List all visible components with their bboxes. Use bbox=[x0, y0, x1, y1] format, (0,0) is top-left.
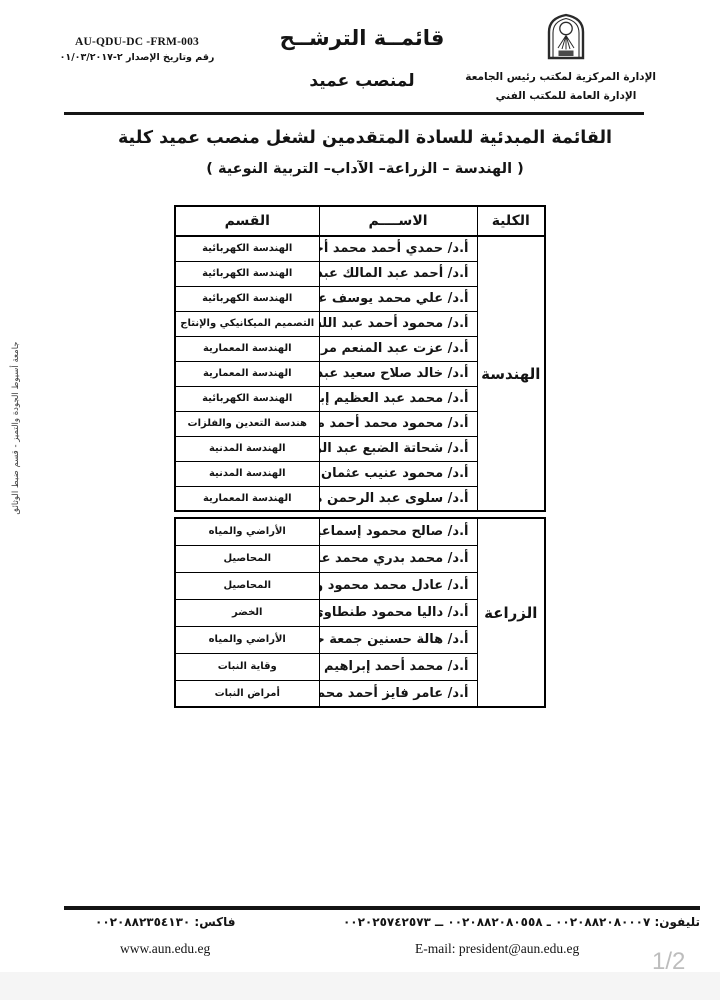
department-header: القسم bbox=[175, 206, 319, 236]
department-cell: الأراضي والمياه bbox=[175, 518, 319, 545]
website-address: www.aun.edu.eg bbox=[120, 941, 210, 957]
department-cell: الهندسة الكهربائية bbox=[175, 236, 319, 261]
candidate-name-cell: أ.د/ محمد أحمد إبراهيم أحمد bbox=[319, 653, 477, 680]
candidate-name-cell: أ.د/ محمد عبد العظيم إبراهيم نايل bbox=[319, 386, 477, 411]
candidate-name-cell: أ.د/ محمود عنيب عثمان عنيب bbox=[319, 461, 477, 486]
form-code: AU-QDU-DC -FRM-003 bbox=[56, 36, 218, 48]
document-title: قائمــة الترشــح bbox=[258, 26, 466, 50]
document-page: AU-QDU-DC -FRM-003 رقم وتاريخ الإصدار ٢-… bbox=[0, 0, 720, 1000]
form-code-block: AU-QDU-DC -FRM-003 رقم وتاريخ الإصدار ٢-… bbox=[56, 36, 218, 63]
engineering-table: الكلية الاســــم القسم الهندسةأ.د/ حمدي … bbox=[174, 205, 546, 512]
candidate-name-cell: أ.د/ صالح محمود إسماعيل إبراهيم bbox=[319, 518, 477, 545]
candidate-name-cell: أ.د/ هالة حسنين جمعة حسنين bbox=[319, 626, 477, 653]
department-cell: الأراضي والمياه bbox=[175, 626, 319, 653]
org-line-1: الإدارة المركزية لمكتب رئيس الجامعة bbox=[476, 71, 656, 83]
department-cell: الهندسة المعمارية bbox=[175, 486, 319, 511]
candidate-name-cell: أ.د/ محمود أحمد عبد الله أحمد bbox=[319, 311, 477, 336]
org-line-2: الإدارة العامة للمكتب الفني bbox=[476, 90, 656, 102]
department-cell: الهندسة الكهربائية bbox=[175, 386, 319, 411]
candidate-name-cell: أ.د/ أحمد عبد المالك عبد الحافظ bbox=[319, 261, 477, 286]
organization-block: الإدارة المركزية لمكتب رئيس الجامعة الإد… bbox=[476, 12, 656, 102]
department-cell: المحاصيل bbox=[175, 545, 319, 572]
document-subtitle-position: لمنصب عميد bbox=[258, 71, 466, 91]
department-cell: وقاية النبات bbox=[175, 653, 319, 680]
agriculture-table: الزراعةأ.د/ صالح محمود إسماعيل إبراهيمال… bbox=[174, 517, 546, 708]
department-cell: الهندسة الكهربائية bbox=[175, 261, 319, 286]
page-subtitle: ( الهندسة – الزراعة– الآداب– التربية الن… bbox=[0, 161, 720, 177]
candidate-name-cell: أ.د/ محمد بدري محمد علي bbox=[319, 545, 477, 572]
department-cell: المحاصيل bbox=[175, 572, 319, 599]
candidates-table: الكلية الاســــم القسم الهندسةأ.د/ حمدي … bbox=[176, 205, 546, 708]
department-cell: الخضر bbox=[175, 599, 319, 626]
candidate-name-cell: أ.د/ سلوى عبد الرحمن مجاهد أحمد bbox=[319, 486, 477, 511]
header-divider bbox=[64, 112, 644, 115]
footer-divider bbox=[64, 906, 700, 910]
candidate-name-cell: أ.د/ داليا محمود طنطاوي محمد bbox=[319, 599, 477, 626]
candidate-name-cell: أ.د/ شحاتة الضبع عبد الرحيم المشتاوي bbox=[319, 436, 477, 461]
department-cell: الهندسة المدنية bbox=[175, 461, 319, 486]
candidate-name-cell: أ.د/ حمدي أحمد محمد أحمد bbox=[319, 236, 477, 261]
college-header: الكلية bbox=[477, 206, 545, 236]
candidate-name-cell: أ.د/ عزت عبد المنعم مرغني إبراهيم bbox=[319, 336, 477, 361]
department-cell: الهندسة المعمارية bbox=[175, 336, 319, 361]
fax-number: فاكس: ٠٠٢٠٨٨٢٣٥٤١٣٠ bbox=[95, 915, 236, 929]
page-number-indicator: 1/2 bbox=[652, 948, 685, 976]
candidate-name-cell: أ.د/ علي محمد يوسف علي bbox=[319, 286, 477, 311]
department-cell: هندسة التعدين والفلزات bbox=[175, 411, 319, 436]
candidate-name-cell: أ.د/ خالد صلاح سعيد عبد المجيد bbox=[319, 361, 477, 386]
candidate-name-cell: أ.د/ عامر فايز أحمد محمود bbox=[319, 680, 477, 707]
department-cell: الهندسة الكهربائية bbox=[175, 286, 319, 311]
table-header-row: الكلية الاســــم القسم bbox=[175, 206, 545, 236]
side-margin-note: جامعة أسيوط الجودة والتميز - قسم ضبط الو… bbox=[11, 278, 25, 578]
email-address: E-mail: president@aun.edu.eg bbox=[415, 941, 579, 957]
department-cell: الهندسة المدنية bbox=[175, 436, 319, 461]
phone-numbers: تليفون: ٠٠٢٠٨٨٢٠٨٠٠٠٧ ـ ٠٠٢٠٨٨٢٠٨٠٥٥٨ ــ… bbox=[343, 915, 700, 929]
viewer-background-strip bbox=[0, 972, 720, 1000]
college-cell: الزراعة bbox=[477, 518, 545, 707]
department-cell: الهندسة المعمارية bbox=[175, 361, 319, 386]
candidate-name-cell: أ.د/ عادل محمد محمود ونان bbox=[319, 572, 477, 599]
university-emblem-icon bbox=[546, 12, 586, 64]
table-row: الزراعةأ.د/ صالح محمود إسماعيل إبراهيمال… bbox=[175, 518, 545, 545]
name-header: الاســــم bbox=[319, 206, 477, 236]
document-title-block: قائمــة الترشــح لمنصب عميد bbox=[258, 26, 466, 91]
department-cell: أمراض النبات bbox=[175, 680, 319, 707]
issue-date-line: رقم وتاريخ الإصدار ٢-٠١/٠٣/٢٠١٧ bbox=[56, 52, 218, 63]
candidate-name-cell: أ.د/ محمود محمد أحمد محمد bbox=[319, 411, 477, 436]
page-title: القائمة المبدئية للسادة المتقدمين لشغل م… bbox=[0, 128, 720, 148]
department-cell: التصميم الميكانيكي والإنتاج bbox=[175, 311, 319, 336]
college-cell: الهندسة bbox=[477, 236, 545, 511]
table-row: الهندسةأ.د/ حمدي أحمد محمد أحمدالهندسة ا… bbox=[175, 236, 545, 261]
